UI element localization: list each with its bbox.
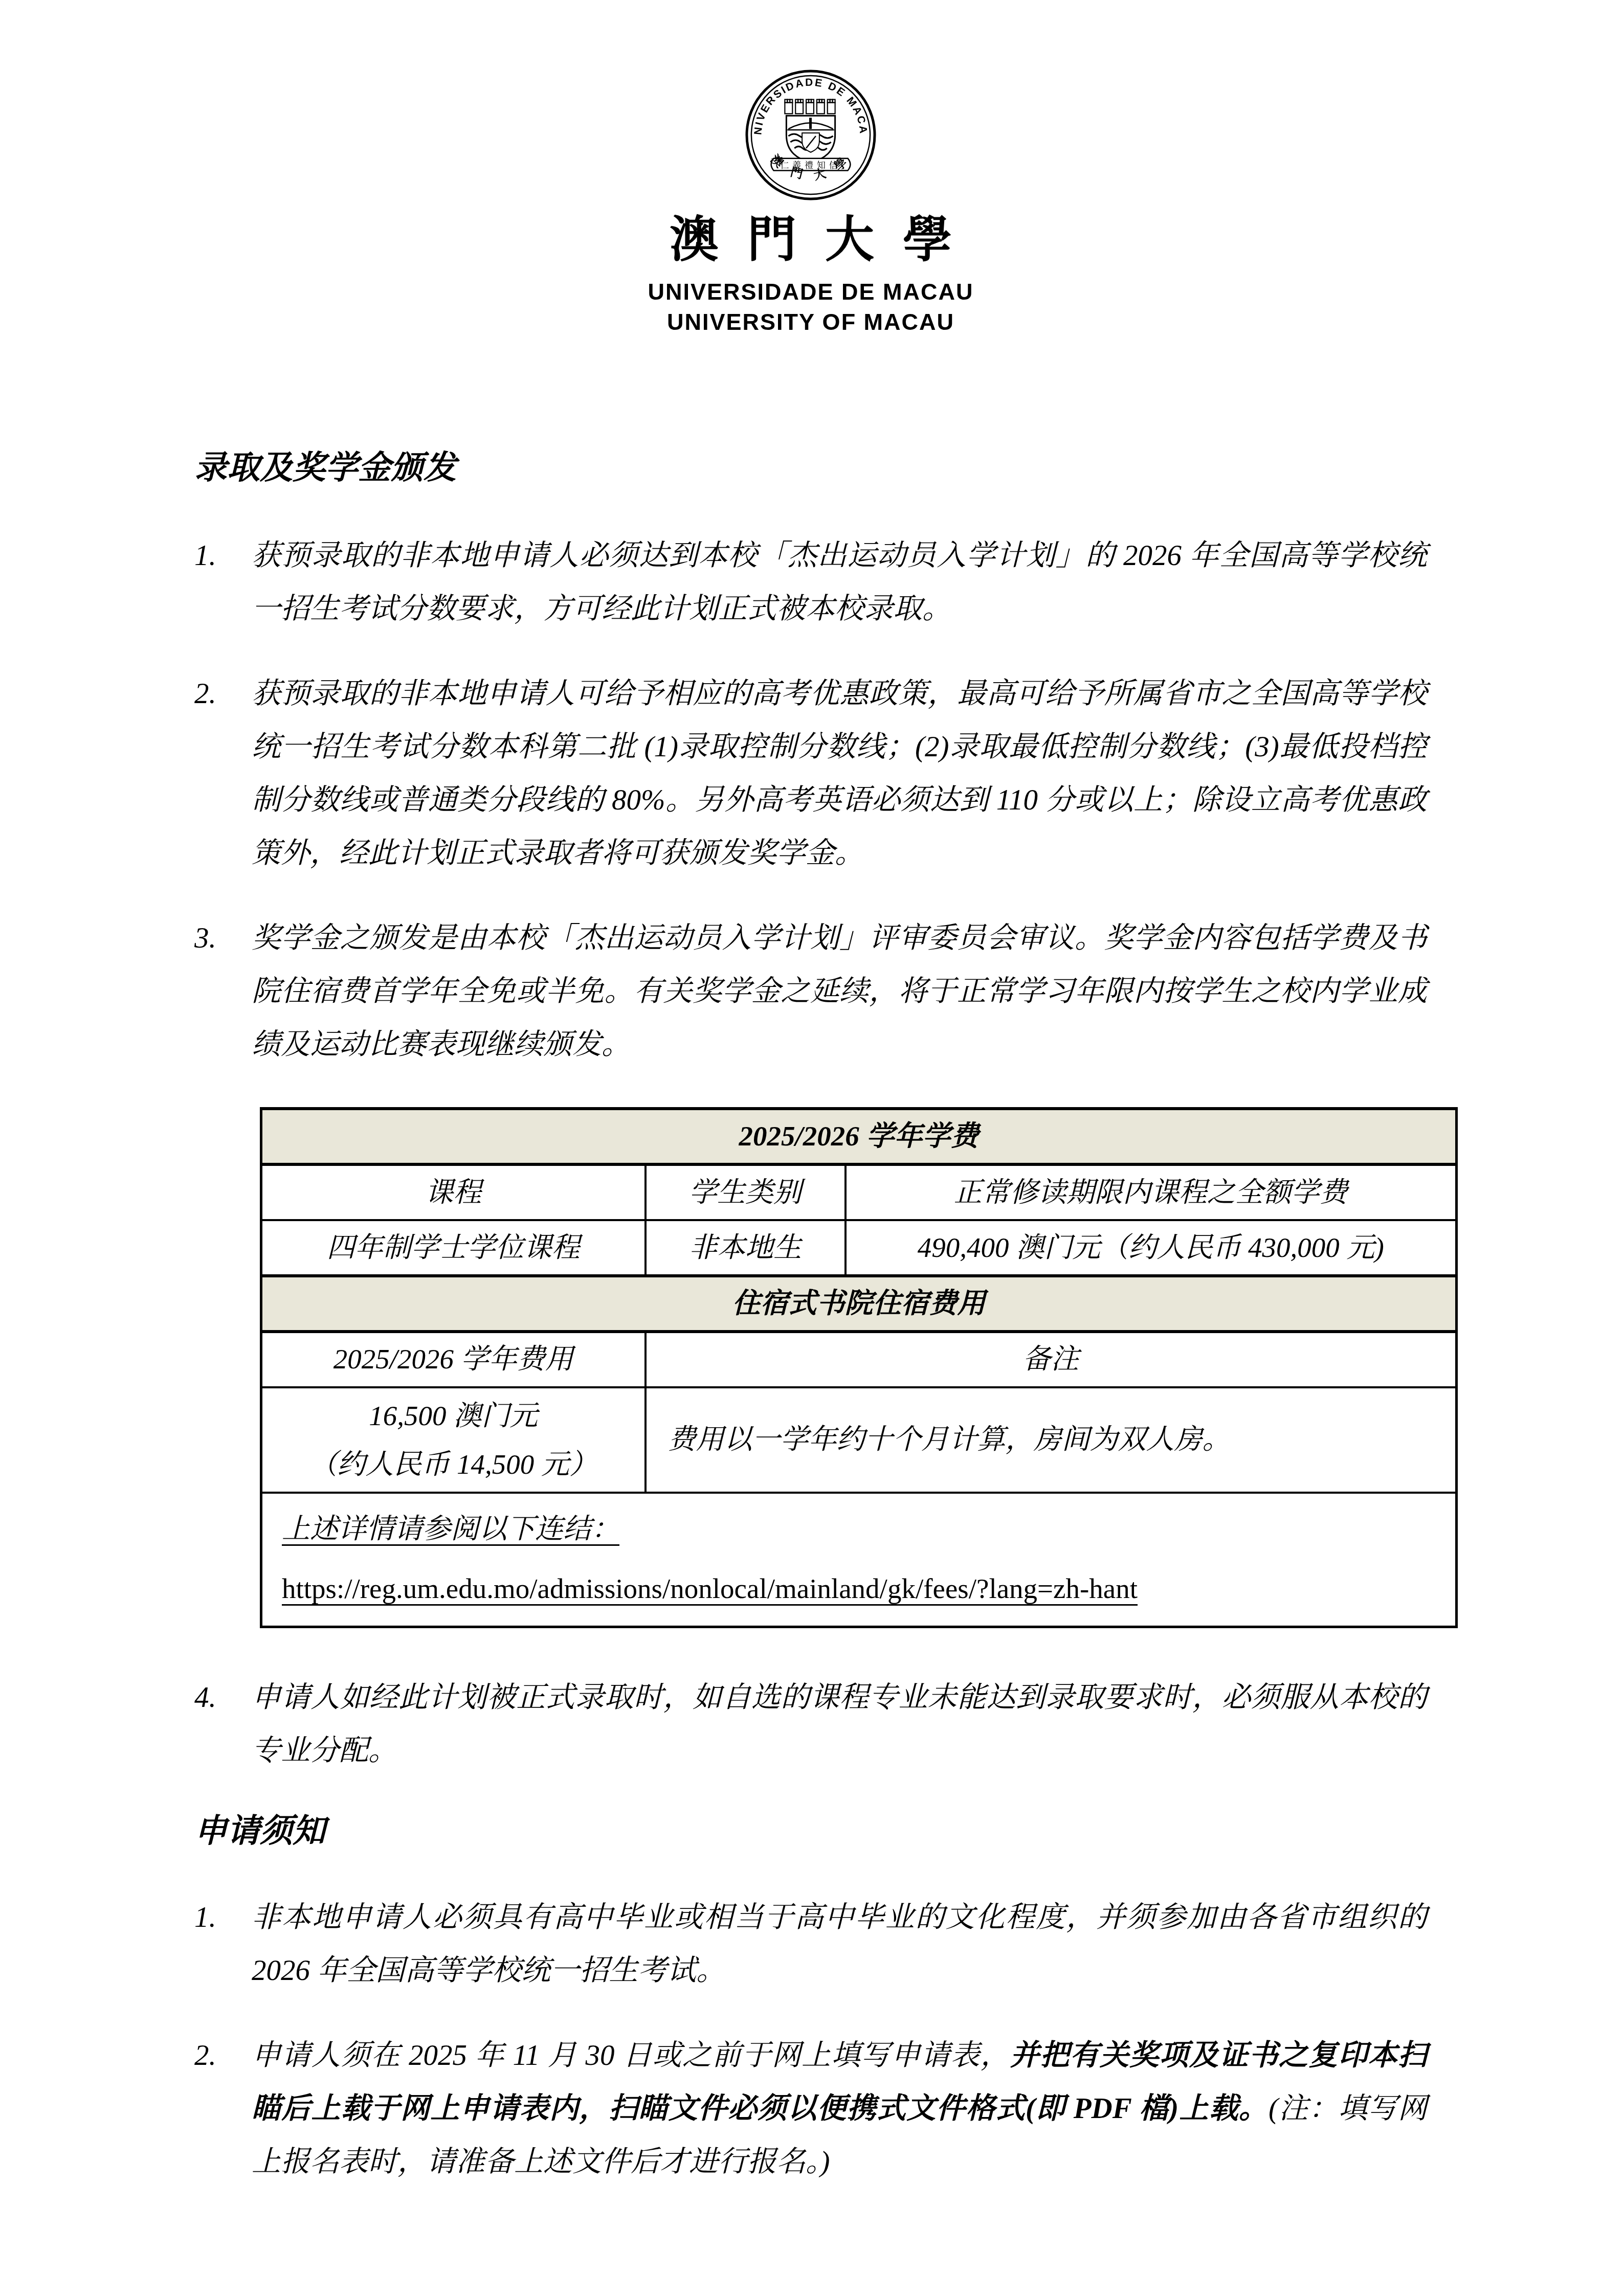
item-text: 申请人须在 2025 年 11 月 30 日或之前于网上填写申请表，并把有关奖项… — [252, 2029, 1427, 2189]
application-item-1: 1. 非本地申请人必须具有高中毕业或相当于高中毕业的文化程度，并须参加由各省市组… — [194, 1891, 1427, 1997]
fees-details-link[interactable]: https://reg.um.edu.mo/admissions/nonloca… — [282, 1574, 1445, 1603]
admission-item-1: 1. 获预录取的非本地申请人必须达到本校「杰出运动员入学计划」的 2026 年全… — [194, 529, 1427, 636]
tuition-band-header: 2025/2026 学年学费 — [261, 1109, 1457, 1164]
table-row: 住宿式书院住宿费用 — [261, 1276, 1457, 1332]
housing-band-header: 住宿式书院住宿费用 — [261, 1276, 1457, 1332]
item-number: 4. — [194, 1671, 252, 1777]
item-text: 非本地申请人必须具有高中毕业或相当于高中毕业的文化程度，并须参加由各省市组织的 … — [252, 1891, 1427, 1997]
admission-section-heading: 录取及奖学金颁发 — [194, 450, 1427, 486]
cell-course: 四年制学士学位课程 — [261, 1220, 646, 1276]
admission-item-3: 3. 奖学金之颁发是由本校「杰出运动员入学计划」评审委员会审议。奖学金内容包括学… — [194, 912, 1427, 1071]
university-name-portuguese: UNIVERSIDADE DE MACAU — [194, 279, 1427, 305]
housing-fee-rmb: （约人民币 14,500 元） — [309, 1449, 597, 1480]
column-header-housing-fee: 2025/2026 学年费用 — [261, 1332, 646, 1387]
table-row: 16,500 澳门元 （约人民币 14,500 元） 费用以一学年约十个月计算，… — [261, 1387, 1457, 1493]
item-number: 3. — [194, 912, 252, 1071]
item-number: 1. — [194, 529, 252, 636]
link-label: 上述详情请参阅以下连结： — [282, 1515, 1445, 1543]
table-row: 四年制学士学位课程 非本地生 490,400 澳门元（约人民币 430,000 … — [261, 1220, 1457, 1276]
application-item-2: 2. 申请人须在 2025 年 11 月 30 日或之前于网上填写申请表，并把有… — [194, 2029, 1427, 2189]
cell-details-link: 上述详情请参阅以下连结： https://reg.um.edu.mo/admis… — [261, 1493, 1457, 1627]
cell-housing-fee: 16,500 澳门元 （约人民币 14,500 元） — [261, 1387, 646, 1493]
item-text: 奖学金之颁发是由本校「杰出运动员入学计划」评审委员会审议。奖学金内容包括学费及书… — [252, 912, 1427, 1071]
item-text: 获预录取的非本地申请人必须达到本校「杰出运动员入学计划」的 2026 年全国高等… — [252, 529, 1427, 636]
university-name-english: UNIVERSITY OF MACAU — [194, 309, 1427, 335]
university-logo: UNIVERSIDADE DE MACAU — [194, 0, 1427, 335]
admission-item-4: 4. 申请人如经此计划被正式录取时，如自选的课程专业未能达到录取要求时，必须服从… — [194, 1671, 1427, 1777]
item-number: 2. — [194, 2029, 252, 2189]
application-section-heading: 申请须知 — [194, 1813, 1427, 1849]
column-header-full-tuition: 正常修读期限内课程之全额学费 — [846, 1164, 1457, 1220]
seal-castle-towers-icon — [785, 100, 835, 114]
table-row: 2025/2026 学年费用 备注 — [261, 1332, 1457, 1387]
column-header-student-type: 学生类别 — [646, 1164, 846, 1220]
table-row: 课程 学生类别 正常修读期限内课程之全额学费 — [261, 1164, 1457, 1220]
housing-fee-amount: 16,500 澳门元 — [369, 1400, 538, 1431]
cell-student-type: 非本地生 — [646, 1220, 846, 1276]
column-header-course: 课程 — [261, 1164, 646, 1220]
admission-list-continued: 4. 申请人如经此计划被正式录取时，如自选的课程专业未能达到录取要求时，必须服从… — [194, 1671, 1427, 1777]
admission-list: 1. 获预录取的非本地申请人必须达到本校「杰出运动员入学计划」的 2026 年全… — [194, 529, 1427, 1071]
seal-shield-icon — [786, 116, 835, 163]
cell-housing-remark: 费用以一学年约十个月计算，房间为双人房。 — [646, 1387, 1457, 1493]
item-text: 获预录取的非本地申请人可给予相应的高考优惠政策，最高可给予所属省市之全国高等学校… — [252, 667, 1427, 880]
column-header-remark: 备注 — [646, 1332, 1457, 1387]
table-row: 上述详情请参阅以下连结： https://reg.um.edu.mo/admis… — [261, 1493, 1457, 1627]
admission-item-2: 2. 获预录取的非本地申请人可给予相应的高考优惠政策，最高可给予所属省市之全国高… — [194, 667, 1427, 880]
item-number: 1. — [194, 1891, 252, 1997]
table-row: 2025/2026 学年学费 — [261, 1109, 1457, 1164]
document-page: UNIVERSIDADE DE MACAU — [0, 0, 1624, 2296]
fees-table: 2025/2026 学年学费 课程 学生类别 正常修读期限内课程之全额学费 四年… — [260, 1107, 1458, 1628]
application-list: 1. 非本地申请人必须具有高中毕业或相当于高中毕业的文化程度，并须参加由各省市组… — [194, 1891, 1427, 2189]
cell-tuition-fee: 490,400 澳门元（约人民币 430,000 元) — [846, 1220, 1457, 1276]
item-number: 2. — [194, 667, 252, 880]
item-text-normal: 申请人须在 2025 年 11 月 30 日或之前于网上填写申请表， — [252, 2039, 1010, 2072]
item-text: 申请人如经此计划被正式录取时，如自选的课程专业未能达到录取要求时，必须服从本校的… — [252, 1671, 1427, 1777]
university-seal: UNIVERSIDADE DE MACAU — [194, 69, 1427, 201]
university-name-calligraphy: 澳門大學 — [194, 214, 1427, 266]
